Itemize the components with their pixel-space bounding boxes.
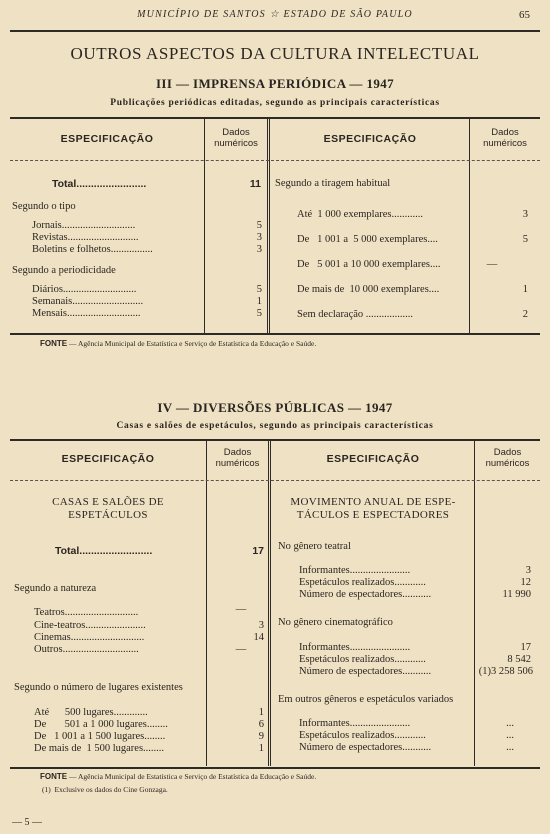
row-value: 5: [205, 220, 262, 232]
row-value: —: [226, 604, 256, 616]
header-num-left: Dados numéricos: [205, 127, 267, 149]
header-spec-right: ESPECIFICAÇÃO: [272, 453, 474, 465]
section3-title: III — IMPRENSA PERIÓDICA — 1947: [0, 76, 550, 92]
header-spec-right: ESPECIFICAÇÃO: [271, 133, 469, 145]
row-label: Teatros............................: [34, 607, 199, 619]
row-label: De mais de 10 000 exemplares....: [297, 284, 465, 296]
header-num-right: Dados numéricos: [470, 127, 540, 149]
header-num-line2: numéricos: [470, 138, 540, 149]
row-label: Mensais............................: [32, 308, 197, 320]
row-value: 1: [207, 743, 264, 755]
row-label: De mais de 1 500 lugares........: [34, 743, 199, 755]
header-spec-left: ESPECIFICAÇÃO: [10, 453, 206, 465]
row-label: Espetáculos realizados............: [299, 654, 467, 666]
header-num-line2: numéricos: [205, 138, 267, 149]
source-label: FONTE: [40, 772, 67, 781]
row-value: 3: [470, 209, 528, 221]
row-value: 9: [207, 731, 264, 743]
source-text: — Agência Municipal de Estatística e Ser…: [67, 339, 316, 348]
folio: — 5 —: [12, 817, 42, 828]
group-label: Segundo a periodicidade: [12, 265, 116, 277]
row-label: Outros.............................: [34, 644, 199, 656]
main-title: OUTROS ASPECTOS DA CULTURA INTELECTUAL: [0, 44, 550, 64]
group-label: Segundo a tiragem habitual: [275, 178, 390, 190]
column-divider: [474, 441, 475, 766]
table-bottom-rule: [10, 333, 540, 335]
row-label: De 1 001 a 1 500 lugares........: [34, 731, 199, 743]
center-double-divider: [268, 441, 271, 766]
row-label: Número de espectadores...........: [299, 666, 467, 678]
row-label: Até 1 000 exemplares............: [297, 209, 465, 221]
heading-line: ESPETÁCULOS: [10, 509, 206, 522]
row-value: 5: [470, 234, 528, 246]
row-label: De 1 001 a 5 000 exemplares....: [297, 234, 465, 246]
header-num-right: Dados numéricos: [475, 447, 540, 469]
header-spec-left: ESPECIFICAÇÃO: [10, 133, 204, 145]
section4-title: IV — DIVERSÕES PÚBLICAS — 1947: [0, 400, 550, 416]
table-top-rule: [10, 439, 540, 441]
total-value: 17: [207, 545, 264, 557]
row-label: Número de espectadores...........: [299, 742, 467, 754]
row-value: 8 542: [475, 654, 531, 666]
source-note: FONTE — Agência Municipal de Estatística…: [40, 339, 316, 348]
total-label: Total........................: [52, 178, 146, 190]
row-label: Revistas...........................: [32, 232, 197, 244]
row-value: 5: [205, 284, 262, 296]
row-value: —: [226, 644, 256, 656]
row-label: Espetáculos realizados............: [299, 577, 467, 589]
header-dashed-rule: [10, 160, 540, 161]
group-label: Em outros gêneros e espetáculos variados: [278, 694, 453, 706]
row-value: 3: [205, 244, 262, 256]
group-label: Segundo o tipo: [12, 201, 76, 213]
table-bottom-rule: [10, 767, 540, 769]
heading-line: TÁCULOS E ESPECTADORES: [272, 509, 474, 522]
header-num-line2: numéricos: [207, 458, 268, 469]
row-label: Informantes.......................: [299, 565, 467, 577]
header-num-line1: Dados: [470, 127, 540, 138]
row-value: 12: [475, 577, 531, 589]
row-value: 17: [475, 642, 531, 654]
header-num-line1: Dados: [205, 127, 267, 138]
header-dashed-rule: [10, 480, 540, 481]
row-value: (1)3 258 506: [475, 666, 533, 678]
row-value: 5: [205, 308, 262, 320]
row-value: —: [470, 259, 514, 271]
row-label: Informantes.......................: [299, 718, 467, 730]
row-label: Até 500 lugares.............: [34, 707, 199, 719]
total-value: 11: [205, 178, 261, 190]
row-label: Informantes.......................: [299, 642, 467, 654]
row-label: Espetáculos realizados............: [299, 730, 467, 742]
source-note: FONTE — Agência Municipal de Estatística…: [40, 772, 316, 781]
header-rule: [10, 30, 540, 32]
total-label: Total.........................: [55, 545, 152, 557]
row-label: De 501 a 1 000 lugares........: [34, 719, 199, 731]
page-number: 65: [519, 9, 530, 21]
row-value: 2: [470, 309, 528, 321]
section4-subtitle: Casas e salões de espetáculos, segundo a…: [0, 421, 550, 431]
right-block-heading: MOVIMENTO ANUAL DE ESPE- TÁCULOS E ESPEC…: [272, 496, 474, 522]
row-value: ...: [495, 742, 525, 754]
row-value: ...: [495, 718, 525, 730]
row-value: 3: [207, 620, 264, 632]
row-value: 14: [207, 632, 264, 644]
source-label: FONTE: [40, 339, 67, 348]
group-label: No gênero cinematográfico: [278, 617, 393, 629]
document-page: MUNICÍPIO DE SANTOS ☆ ESTADO DE SÃO PAUL…: [0, 0, 550, 834]
heading-line: CASAS E SALÕES DE: [10, 496, 206, 509]
row-label: De 5 001 a 10 000 exemplares....: [297, 259, 465, 271]
header-num-line2: numéricos: [475, 458, 540, 469]
header-num-line1: Dados: [475, 447, 540, 458]
source-text: — Agência Municipal de Estatística e Ser…: [67, 772, 316, 781]
row-label: Cinemas............................: [34, 632, 199, 644]
row-value: 11 990: [475, 589, 531, 601]
table-top-rule: [10, 117, 540, 119]
row-value: 1: [207, 707, 264, 719]
row-label: Jornais............................: [32, 220, 197, 232]
row-label: Número de espectadores...........: [299, 589, 467, 601]
row-label: Diários............................: [32, 284, 197, 296]
row-label: Cine-teatros.......................: [34, 620, 199, 632]
row-label: Semanais...........................: [32, 296, 197, 308]
group-label: No gênero teatral: [278, 541, 351, 553]
row-value: ...: [495, 730, 525, 742]
row-value: 3: [205, 232, 262, 244]
group-label: Segundo o número de lugares existentes: [14, 682, 183, 694]
section3-subtitle: Publicações periódicas editadas, segundo…: [0, 98, 550, 108]
center-double-divider: [267, 119, 270, 333]
row-value: 6: [207, 719, 264, 731]
row-label: Sem declaração ..................: [297, 309, 465, 321]
heading-line: MOVIMENTO ANUAL DE ESPE-: [272, 496, 474, 509]
header-num-line1: Dados: [207, 447, 268, 458]
left-block-heading: CASAS E SALÕES DE ESPETÁCULOS: [10, 496, 206, 522]
column-divider: [469, 119, 470, 333]
row-label: Boletins e folhetos................: [32, 244, 197, 256]
running-head: MUNICÍPIO DE SANTOS ☆ ESTADO DE SÃO PAUL…: [0, 9, 550, 20]
group-label: Segundo a natureza: [14, 583, 96, 595]
row-value: 1: [470, 284, 528, 296]
row-value: 3: [475, 565, 531, 577]
footnote: (1) Exclusive os dados do Cine Gonzaga.: [42, 785, 168, 794]
row-value: 1: [205, 296, 262, 308]
header-num-left: Dados numéricos: [207, 447, 268, 469]
